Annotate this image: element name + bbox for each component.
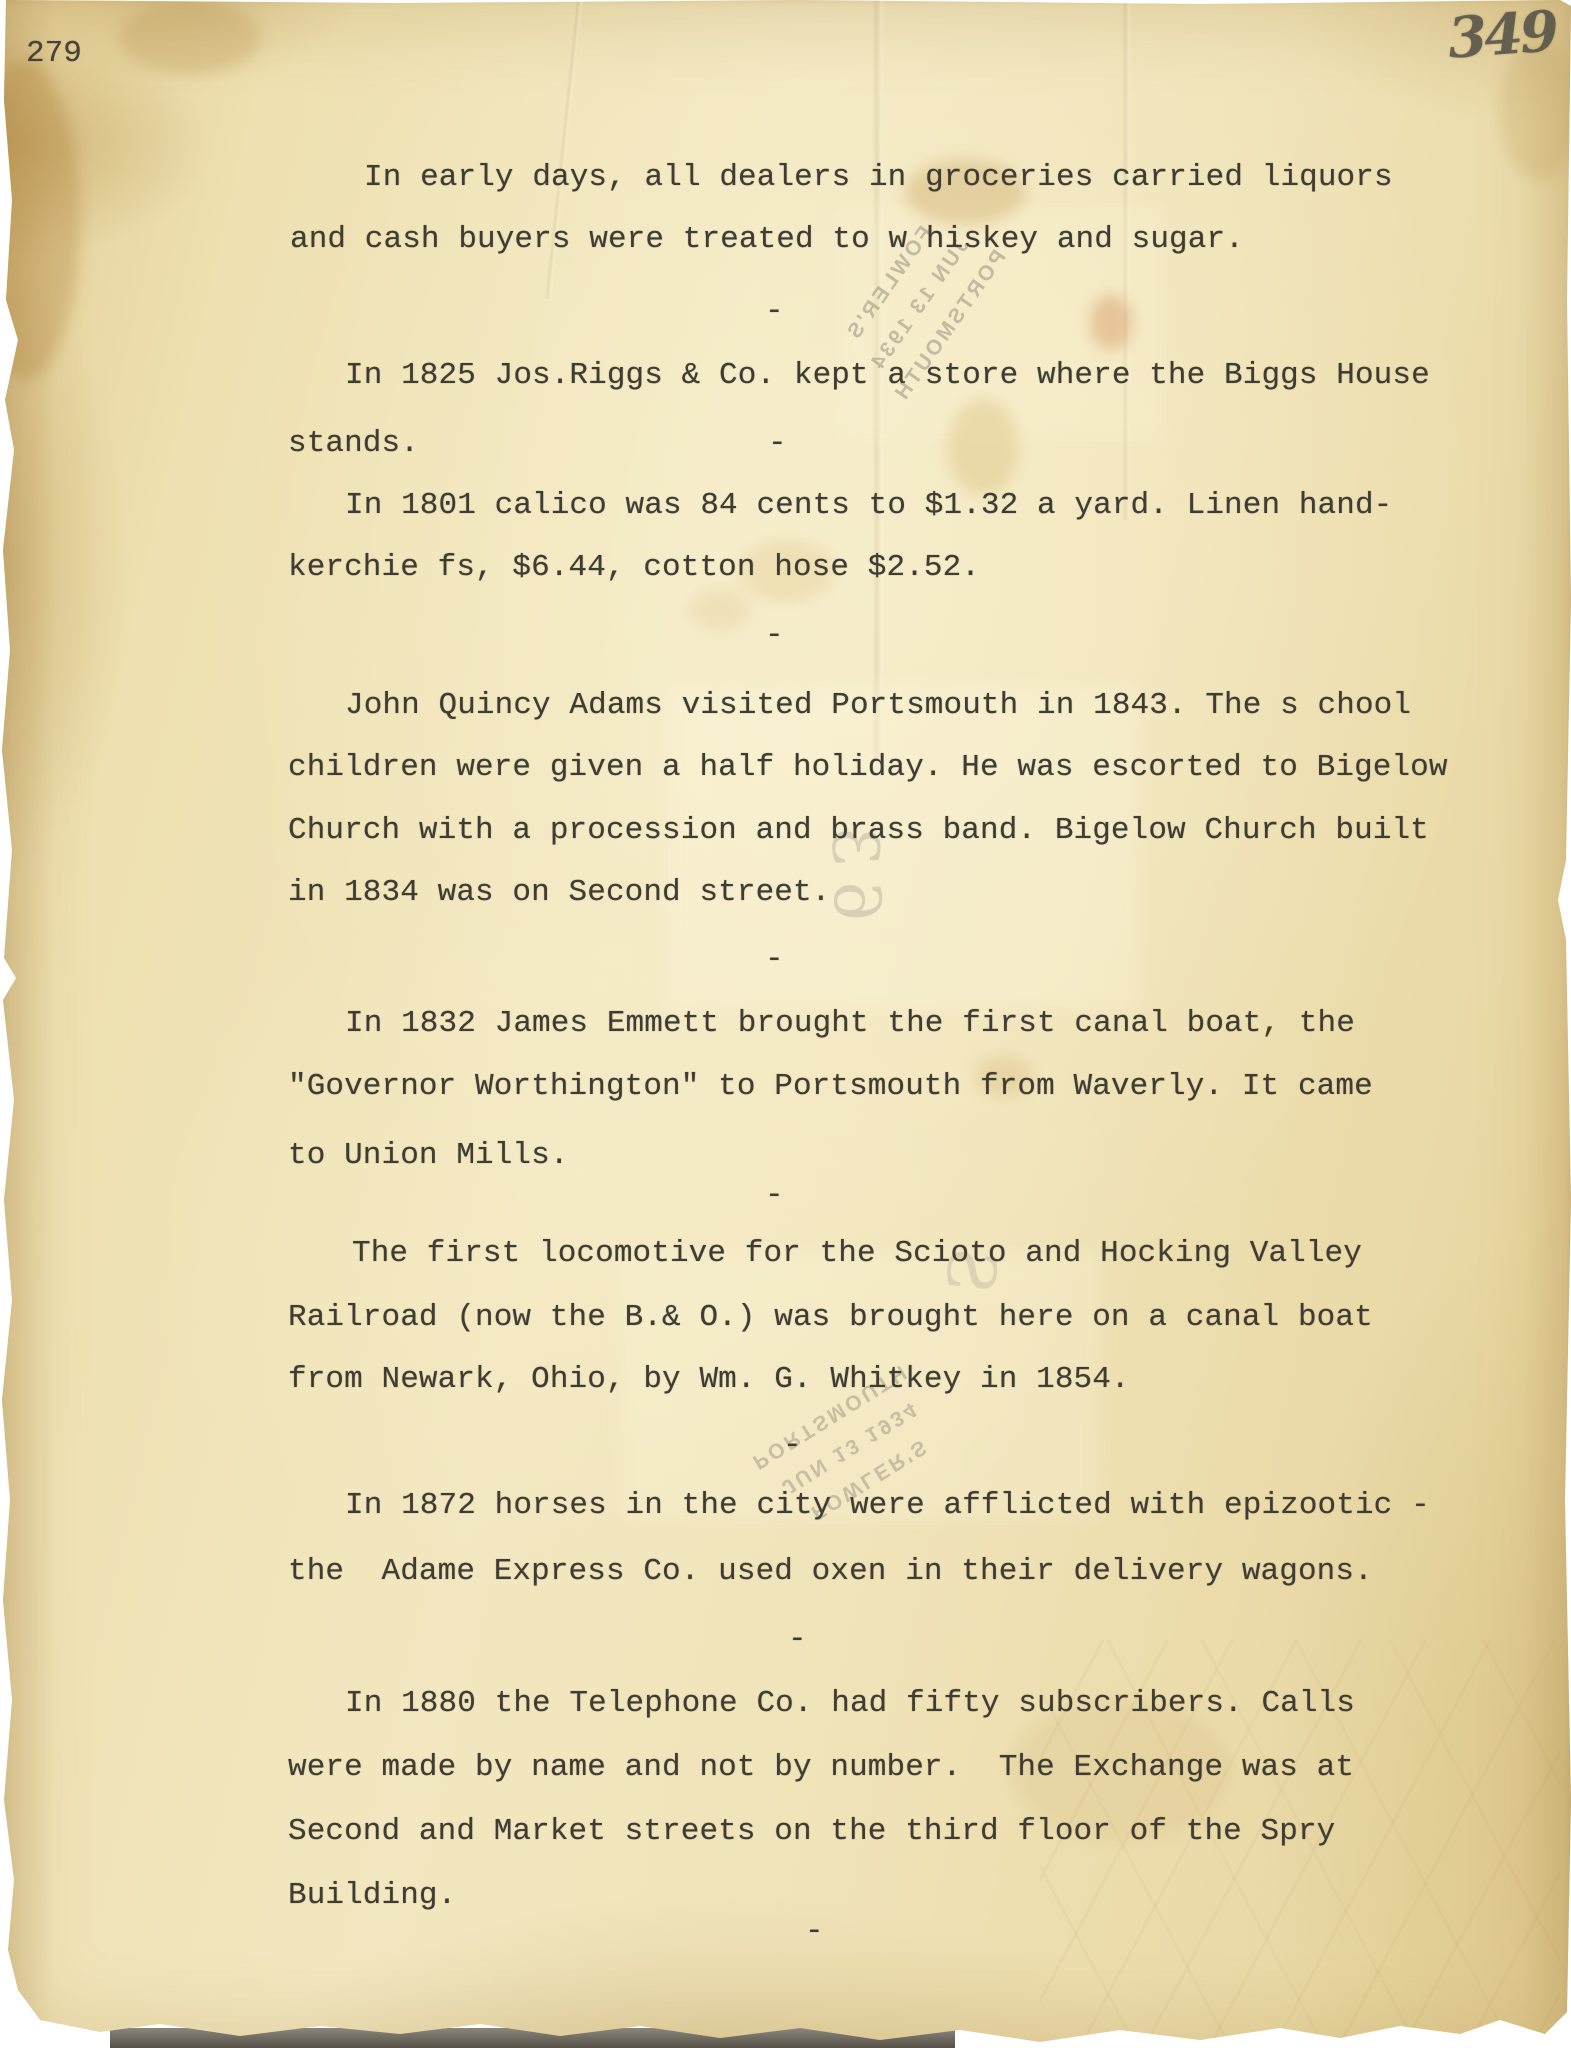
text-line: Church with a procession and brass band.… [288,815,1429,846]
text-line: In 1832 James Emmett brought the first c… [345,1008,1355,1039]
text-line: In 1880 the Telephone Co. had fifty subs… [345,1688,1355,1719]
text-line: were made by name and not by number. The… [288,1752,1354,1783]
text-line: John Quincy Adams visited Portsmouth in … [345,690,1411,721]
text-line: and cash buyers were treated to w hiskey… [290,224,1244,255]
paper-sheet: FOWLER'S JUN 13 1934 PORTSMOUTH FOWLER'S… [0,0,1571,2048]
separator-dash: - [768,428,787,459]
separator-dash: - [783,1430,802,1461]
text-line: the Adame Express Co. used oxen in their… [288,1556,1373,1587]
text-line: In 1872 horses in the city were afflicte… [345,1490,1430,1521]
text-line: Railroad (now the B.& O.) was brought he… [288,1302,1373,1333]
text-line: children were given a half holiday. He w… [288,752,1448,783]
text-line: Building. [288,1880,456,1911]
text-line: Second and Market streets on the third f… [288,1816,1335,1847]
text-line: to Union Mills. [288,1140,569,1171]
text-line: In early days, all dealers in groceries … [364,162,1393,193]
separator-dash: - [765,944,784,975]
separator-dash: - [788,1624,807,1655]
text-line: in 1834 was on Second street. [288,877,830,908]
separator-dash: - [805,1916,824,1947]
text-line: The first locomotive for the Scioto and … [352,1238,1362,1269]
text-line: kerchie fs, $6.44, cotton hose $2.52. [288,552,980,583]
text-line: stands. [288,428,419,459]
scanned-page: FOWLER'S JUN 13 1934 PORTSMOUTH FOWLER'S… [0,0,1571,2048]
text-line: In 1801 calico was 84 cents to $1.32 a y… [345,490,1392,521]
text-line: In 1825 Jos.Riggs & Co. kept a store whe… [345,360,1430,391]
text-layer: In early days, all dealers in groceries … [0,0,1571,2048]
separator-dash: - [765,1180,784,1211]
text-line: "Governor Worthington" to Portsmouth fro… [288,1071,1373,1102]
text-line: from Newark, Ohio, by Wm. G. Whitkey in … [288,1364,1130,1395]
separator-dash: - [765,620,784,651]
separator-dash: - [765,296,784,327]
